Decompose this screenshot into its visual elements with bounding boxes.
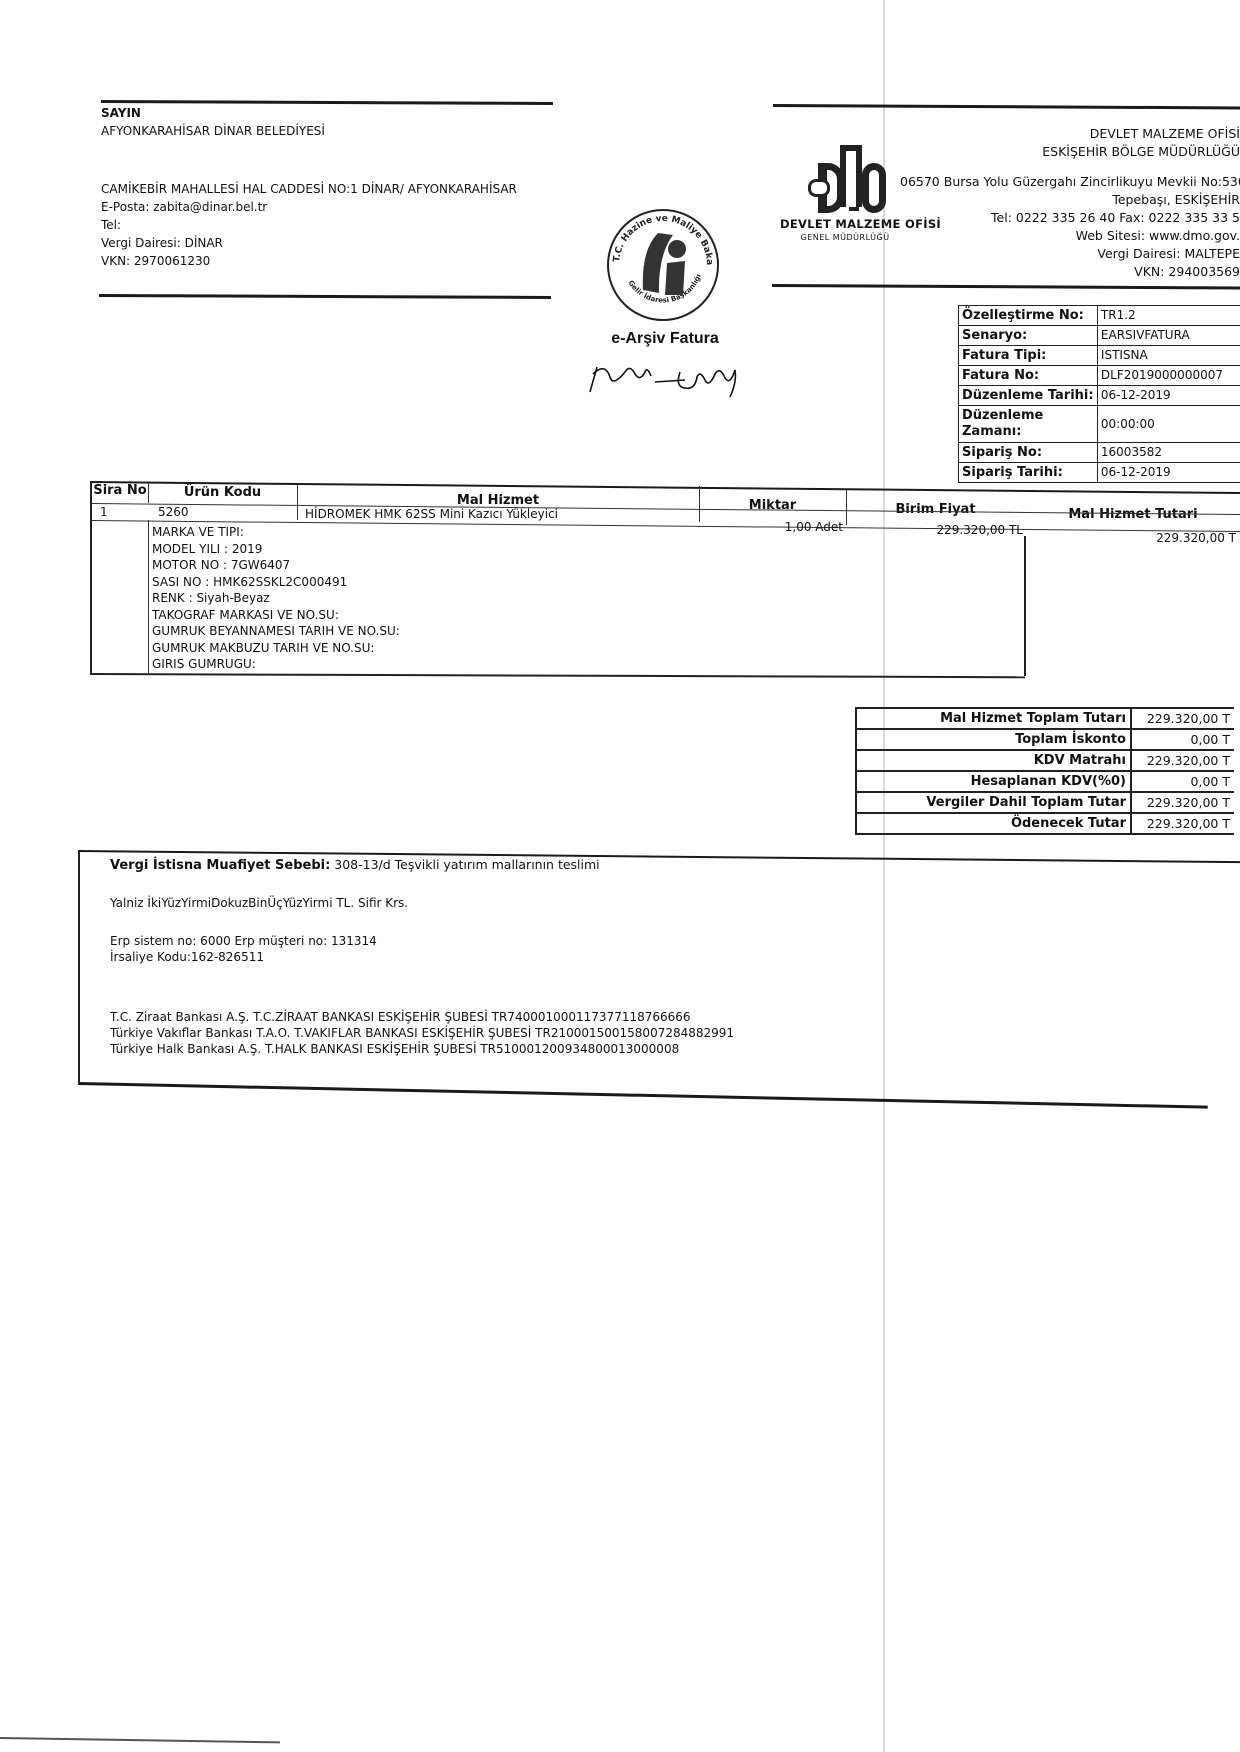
seller-name: DEVLET MALZEME OFİSİ <box>900 125 1240 143</box>
notes-bottom-rule <box>78 1082 1208 1109</box>
buyer-address: CAMİKEBİR MAHALLESİ HAL CADDESİ NO:1 DİN… <box>101 180 561 198</box>
info-value: ISTISNA <box>1097 346 1240 366</box>
logo-name: DEVLET MALZEME OFİSİ <box>780 217 910 231</box>
item-urun-kodu: 5260 <box>158 505 189 519</box>
gib-seal: T.C. Hazine ve Maliye Bakanlığı Gelir İd… <box>603 205 723 325</box>
exemption-line: Vergi İstisna Muafiyet Sebebi: 308-13/d … <box>110 857 600 873</box>
totals-value: 229.320,00 T <box>1131 750 1234 771</box>
buyer-tax-office: Vergi Dairesi: DİNAR <box>101 234 561 252</box>
header-urun-kodu: Ürün Kodu <box>150 485 295 500</box>
bank-line: Türkiye Vakıflar Bankası T.A.O. T.VAKIFL… <box>110 1026 734 1040</box>
totals-label: Toplam İskonto <box>856 729 1131 750</box>
col-divider <box>699 486 700 522</box>
erp-info: Erp sistem no: 6000 Erp müşteri no: 1313… <box>110 934 377 948</box>
detail-line: GUMRUK MAKBUZU TARIH VE NO.SU: <box>152 640 400 657</box>
irsaliye-code: İrsaliye Kodu:162-826511 <box>110 950 264 964</box>
buyer-block: SAYIN AFYONKARAHİSAR DİNAR BELEDİYESİ CA… <box>101 100 561 270</box>
col-divider <box>148 520 149 675</box>
exemption-value: 308-13/d Teşvikli yatırım mallarının tes… <box>334 857 599 872</box>
item-details: MARKA VE TIPI: MODEL YILI : 2019 MOTOR N… <box>152 524 400 673</box>
item-miktar: 1,00 Adet <box>700 520 843 534</box>
totals-value: 229.320,00 T <box>1131 792 1234 813</box>
buyer-vkn: VKN: 2970061230 <box>101 252 561 270</box>
header-birim-fiyat: Birim Fiyat <box>848 502 1023 517</box>
totals-value: 229.320,00 T <box>1131 708 1234 729</box>
totals-row: Mal Hizmet Toplam Tutarı229.320,00 T <box>856 708 1234 729</box>
totals-row: Toplam İskonto0,00 T <box>856 729 1234 750</box>
detail-line: MOTOR NO : 7GW6407 <box>152 557 400 574</box>
detail-line: TAKOGRAF MARKASI VE NO.SU: <box>152 607 400 624</box>
bank-line: T.C. Ziraat Bankası A.Ş. T.C.ZİRAAT BANK… <box>110 1010 691 1024</box>
col-divider <box>297 484 298 520</box>
info-label: Sipariş Tarihi: <box>959 463 1098 483</box>
info-label: Düzenleme Tarihi: <box>959 386 1098 406</box>
totals-row: KDV Matrahı229.320,00 T <box>856 750 1234 771</box>
info-row: Fatura Tipi:ISTISNA <box>959 346 1240 366</box>
item-mal-hizmet: HİDROMEK HMK 62SS Mini Kazıcı Yükleyici <box>305 507 558 521</box>
item-tutar: 229.320,00 T <box>1026 531 1236 545</box>
buyer-tel: Tel: <box>101 216 561 234</box>
info-row: Düzenleme Zamanı:00:00:00 <box>959 406 1240 443</box>
detail-line: SASI NO : HMK62SSKL2C000491 <box>152 574 400 591</box>
totals-table: Mal Hizmet Toplam Tutarı229.320,00 T Top… <box>855 707 1234 835</box>
info-label: Özelleştirme No: <box>959 306 1098 326</box>
items-left-border <box>90 481 92 675</box>
seller-unit: ESKİŞEHİR BÖLGE MÜDÜRLÜĞÜ <box>900 143 1240 161</box>
info-value: EARSIVFATURA <box>1097 326 1240 346</box>
info-label: Fatura Tipi: <box>959 346 1098 366</box>
totals-label: Ödenecek Tutar <box>856 813 1131 834</box>
info-row: Senaryo:EARSIVFATURA <box>959 326 1240 346</box>
info-row: Düzenleme Tarihi:06-12-2019 <box>959 386 1240 406</box>
totals-row: Hesaplanan KDV(%0)0,00 T <box>856 771 1234 792</box>
detail-line: MARKA VE TIPI: <box>152 524 400 541</box>
col-divider <box>148 483 149 503</box>
info-value: 00:00:00 <box>1097 406 1240 443</box>
seller-phone: Tel: 0222 335 26 40 Fax: 0222 335 33 5 <box>900 209 1240 227</box>
seller-top-rule <box>773 104 1240 109</box>
item-sira-no: 1 <box>100 505 108 519</box>
info-value: DLF2019000000007 <box>1097 366 1240 386</box>
info-label: Senaryo: <box>959 326 1098 346</box>
notes-box: Vergi İstisna Muafiyet Sebebi: 308-13/d … <box>78 852 1220 1082</box>
totals-row: Vergiler Dahil Toplam Tutar229.320,00 T <box>856 792 1234 813</box>
signature-icon <box>585 352 755 402</box>
items-right-border <box>1024 536 1026 676</box>
info-row: Sipariş No:16003582 <box>959 443 1240 463</box>
scan-edge <box>0 1737 280 1743</box>
totals-label: Hesaplanan KDV(%0) <box>856 771 1131 792</box>
item-birim-fiyat: 229.320,00 TL <box>848 523 1023 537</box>
detail-line: MODEL YILI : 2019 <box>152 541 400 558</box>
exemption-label: Vergi İstisna Muafiyet Sebebi: <box>110 858 330 873</box>
seller-vkn: VKN: 294003569 <box>900 263 1240 281</box>
dmo-logo-icon <box>800 145 890 215</box>
info-value: 16003582 <box>1097 443 1240 463</box>
seller-block: DEVLET MALZEME OFİSİ ESKİŞEHİR BÖLGE MÜD… <box>900 125 1240 281</box>
info-row: Özelleştirme No:TR1.2 <box>959 306 1240 326</box>
document-type-title: e-Arşiv Fatura <box>590 330 740 348</box>
totals-value: 229.320,00 T <box>1131 813 1234 834</box>
buyer-email: E-Posta: zabita@dinar.bel.tr <box>101 198 561 216</box>
buyer-salutation: SAYIN <box>101 104 561 122</box>
bank-line: Türkiye Halk Bankası A.Ş. T.HALK BANKASI… <box>110 1042 679 1056</box>
info-value: TR1.2 <box>1097 306 1240 326</box>
detail-line: RENK : Siyah-Beyaz <box>152 590 400 607</box>
info-label: Düzenleme Zamanı: <box>959 406 1098 443</box>
detail-line: GUMRUK BEYANNAMESI TARIH VE NO.SU: <box>152 623 400 640</box>
info-label: Sipariş No: <box>959 443 1098 463</box>
signature <box>585 352 755 406</box>
detail-line: GIRIS GUMRUGU: <box>152 656 400 673</box>
info-row: Fatura No:DLF2019000000007 <box>959 366 1240 386</box>
buyer-name: AFYONKARAHİSAR DİNAR BELEDİYESİ <box>101 122 561 140</box>
seller-city: Tepebaşı, ESKİŞEHİR <box>900 191 1240 209</box>
col-divider <box>846 489 847 525</box>
info-value: 06-12-2019 <box>1097 386 1240 406</box>
seller-bottom-rule <box>772 284 1240 289</box>
info-label: Fatura No: <box>959 366 1098 386</box>
invoice-info-table: Özelleştirme No:TR1.2 Senaryo:EARSIVFATU… <box>958 305 1240 483</box>
totals-label: Mal Hizmet Toplam Tutarı <box>856 708 1131 729</box>
totals-label: KDV Matrahı <box>856 750 1131 771</box>
info-row: Sipariş Tarihi:06-12-2019 <box>959 463 1240 483</box>
seller-tax-office: Vergi Dairesi: MALTEPE <box>900 245 1240 263</box>
header-sira-no: Sira No <box>92 483 148 498</box>
gib-seal-icon: T.C. Hazine ve Maliye Bakanlığı Gelir İd… <box>603 205 723 325</box>
totals-row: Ödenecek Tutar229.320,00 T <box>856 813 1234 834</box>
amount-in-words: Yalniz İkiYüzYirmiDokuzBinÜçYüzYirmi TL.… <box>110 896 408 910</box>
buyer-bottom-rule <box>99 294 551 299</box>
totals-value: 0,00 T <box>1131 729 1234 750</box>
info-value: 06-12-2019 <box>1097 463 1240 483</box>
logo-sub: GENEL MÜDÜRLÜĞÜ <box>780 233 910 242</box>
seller-address: 06570 Bursa Yolu Güzergahı Zincirlikuyu … <box>900 173 1240 191</box>
totals-label: Vergiler Dahil Toplam Tutar <box>856 792 1131 813</box>
dmo-logo: DEVLET MALZEME OFİSİ GENEL MÜDÜRLÜĞÜ <box>780 145 910 242</box>
totals-value: 0,00 T <box>1131 771 1234 792</box>
seller-website: Web Sitesi: www.dmo.gov. <box>900 227 1240 245</box>
